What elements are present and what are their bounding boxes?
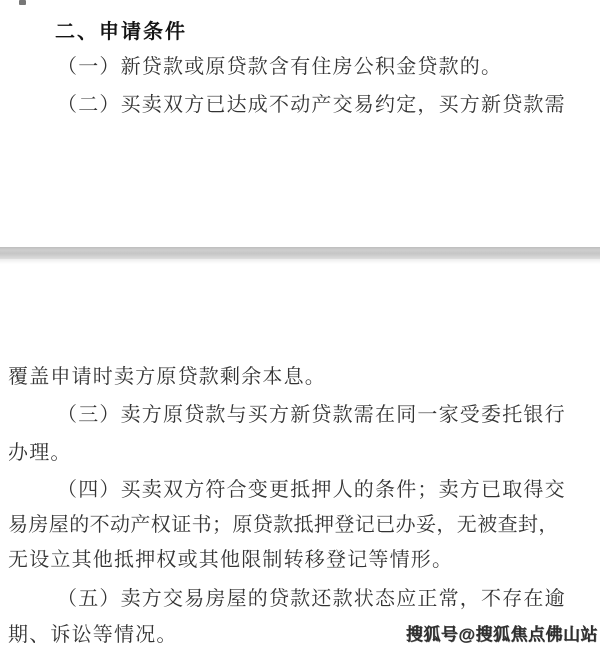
clause-3-line-2: 办理。 <box>8 441 72 465</box>
clause-3-line-1: （三）卖方原贷款与买方新贷款需在同一家受委托银行 <box>8 403 566 427</box>
clause-4-line-1: （四）买卖双方符合变更抵押人的条件；卖方已取得交 <box>8 478 566 502</box>
cropped-text-fragment <box>19 0 26 5</box>
clause-1: （一）新贷款或原贷款含有住房公积金贷款的。 <box>8 55 502 79</box>
clause-2-line-2: 覆盖申请时卖方原贷款剩余本息。 <box>8 365 326 389</box>
clause-5-line-2: 期、诉讼等情况。 <box>8 623 178 647</box>
clause-4-line-2: 易房屋的不动产权证书；原贷款抵押登记已办妥，无被查封， <box>8 513 559 537</box>
page-break-divider <box>0 247 600 259</box>
clause-4-line-3: 无设立其他抵押权或其他限制转移登记等情形。 <box>8 548 453 572</box>
sohu-watermark: 搜狐号@搜狐焦点佛山站 <box>406 620 598 645</box>
clause-5-line-1: （五）卖方交易房屋的贷款还款状态应正常，不存在逾 <box>8 587 566 611</box>
document-page: 二、申请条件 （一）新贷款或原贷款含有住房公积金贷款的。 （二）买卖双方已达成不… <box>0 0 600 652</box>
section-heading: 二、申请条件 <box>55 15 187 44</box>
page-break-shadow <box>0 259 600 264</box>
clause-2-line-1: （二）买卖双方已达成不动产交易约定，买方新贷款需 <box>8 93 566 117</box>
